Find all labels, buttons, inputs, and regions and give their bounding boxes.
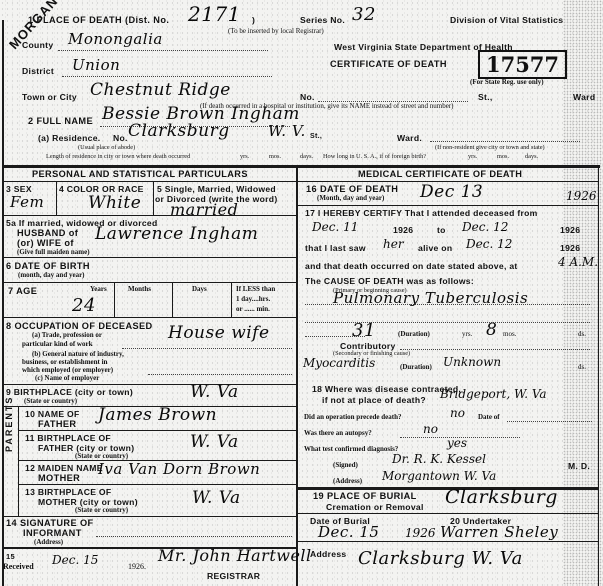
row-line-9 (18, 484, 296, 485)
duration-mos-label: mos. (503, 330, 516, 338)
mother-bp-label-1: 13 BIRTHPLACE OF (25, 487, 111, 497)
contributory-line (400, 349, 590, 350)
father-bp-value: W. Va (190, 432, 239, 452)
age-months-divider (172, 282, 173, 317)
series-number: 32 (352, 4, 376, 25)
med-row-line-4 (297, 541, 599, 542)
length-days: days. (300, 153, 313, 160)
contracted-value: Bridgeport, W. Va (440, 387, 547, 401)
md-label: M. D. (568, 461, 590, 471)
alive-on: alive on (418, 243, 452, 253)
certificate-number: 17577 (478, 50, 567, 79)
parents-divider (18, 406, 19, 516)
spouse-label-4: (Give full maiden name) (17, 248, 90, 256)
foreign-yrs: yrs. (468, 153, 477, 160)
mother-label-2: MOTHER (38, 473, 80, 483)
operation-label: Did an operation precede death? (304, 413, 401, 421)
district-value: Union (72, 56, 120, 74)
med-row-line-3 (297, 513, 599, 514)
attended-to-year: 1926 (560, 225, 580, 235)
length-residence-note: Length of residence in city or town wher… (46, 153, 190, 160)
sex-race-divider (56, 181, 57, 215)
last-saw-year: 1926 (560, 243, 580, 253)
father-label-2: FATHER (38, 419, 76, 429)
county-value: Monongalia (68, 30, 163, 48)
row-line-3 (2, 282, 296, 283)
test-label: What test confirmed diagnosis? (304, 445, 398, 453)
birthplace-sub: (State or country) (24, 397, 77, 405)
undertaker-value: Warren Sheley (440, 523, 558, 541)
county-label: County (22, 40, 53, 50)
residence-label: (a) Residence. (38, 133, 100, 143)
occ-b-2: business, or establishment in (22, 358, 107, 366)
duration-label-1: (Duration) (398, 330, 430, 338)
age-label: 7 AGE (8, 286, 37, 296)
burial-label-2: Cremation or Removal (326, 502, 424, 512)
date-of-line (507, 421, 592, 422)
abode-note: (Usual place of abode) (78, 144, 135, 151)
less-than-3: or ...... min. (236, 305, 270, 313)
mother-bp-sub: (State or country) (75, 506, 128, 514)
row-line-2 (2, 257, 296, 258)
town-value: Chestnut Ridge (90, 80, 231, 100)
address-label: (Address) (333, 477, 362, 485)
full-name-label: 2 FULL NAME (28, 116, 93, 126)
med-row-line-1 (297, 205, 599, 206)
father-value: James Brown (98, 405, 217, 425)
less-than-1: If LESS than (236, 285, 275, 293)
years-label: Years (90, 285, 107, 293)
primary-line-2 (305, 322, 590, 323)
street-st-label: St., (478, 92, 493, 102)
received-number: 15 (6, 552, 15, 561)
father-label-1: 10 NAME OF (25, 409, 80, 419)
spouse-value: Lawrence Ingham (95, 224, 258, 244)
undertaker-address-label: Address (310, 549, 347, 559)
personal-title-line (2, 181, 296, 182)
attended-to: Dec. 12 (462, 220, 508, 234)
age-days-divider (231, 282, 232, 317)
occ-b-line (148, 374, 292, 375)
informant-sub: (Address) (34, 538, 63, 546)
registrar-label: REGISTRAR (207, 571, 260, 581)
dist-note: (To be inserted by local Registrar) (228, 27, 324, 35)
occ-a-1: (a) Trade, profession or (32, 331, 102, 339)
death-time: 4 A.M. (558, 255, 598, 269)
foreign-birth-note: How long in U. S. A., if of foreign birt… (323, 153, 426, 160)
signed-label: (Signed) (333, 461, 358, 469)
birthplace-label: 9 BIRTHPLACE (city or town) (6, 387, 133, 397)
informant-label-2: INFORMANT (23, 528, 82, 538)
father-bp-label-1: 11 BIRTHPLACE OF (25, 433, 111, 443)
less-than-2: 1 day....hrs. (236, 295, 270, 303)
attended-from-year: 1926 (393, 225, 413, 235)
foreign-mos: mos. (497, 153, 509, 160)
residence-value: Clarksburg (128, 121, 230, 141)
header-divider (2, 165, 600, 168)
spouse-label-3: (or) WIFE of (17, 238, 74, 248)
length-mos: mos. (269, 153, 281, 160)
mother-value: Iva Van Dorn Brown (98, 460, 260, 478)
ward-label: Ward (573, 92, 595, 102)
duration-years: 31 (352, 320, 376, 341)
contributory-duration: Unknown (443, 355, 501, 369)
primary-cause: Pulmonary Tuberculosis (333, 289, 528, 307)
duration-yrs-label: yrs. (462, 330, 472, 338)
right-border (598, 165, 599, 586)
length-yrs: yrs. (240, 153, 249, 160)
dob-label: 6 DATE OF BIRTH (6, 261, 90, 271)
sex-value: Fem (10, 193, 44, 211)
dod-year: 1926 (566, 189, 597, 203)
residence-ward-label: Ward. (397, 133, 422, 143)
occ-c: (c) Name of employer (35, 374, 99, 382)
cause-text: The CAUSE OF DEATH was as follows: (305, 276, 474, 286)
left-border (2, 20, 4, 586)
occupation-label: 8 OCCUPATION OF DECEASED (6, 321, 153, 331)
town-label: Town or City (22, 92, 77, 102)
last-saw-pronoun: her (383, 237, 404, 251)
row-line-5 (2, 384, 296, 385)
last-saw-text: that I last saw (305, 243, 366, 253)
residence-st-label: St., (310, 133, 322, 140)
informant-line (96, 536, 292, 537)
attended-from: Dec. 11 (312, 220, 358, 234)
last-saw-date: Dec. 12 (466, 237, 512, 251)
medical-section-title: MEDICAL CERTIFICATE OF DEATH (358, 169, 522, 179)
father-bp-sub: (State or country) (75, 452, 128, 460)
row-line-4 (2, 317, 296, 318)
certificate-title: CERTIFICATE OF DEATH (330, 59, 447, 69)
contracted-label-2: if not at place of death? (322, 395, 426, 405)
burial-value: Clarksburg (445, 486, 558, 508)
registrar-signature: Mr. John Hartwell (158, 546, 312, 565)
received-year: 1926. (128, 562, 146, 571)
months-label: Months (128, 285, 151, 293)
residence-ward-line (430, 141, 580, 142)
county-line (58, 50, 268, 51)
informant-label-1: 14 SIGNATURE OF (6, 518, 94, 528)
personal-section-title: PERSONAL AND STATISTICAL PARTICULARS (32, 169, 248, 179)
dob-sub: (month, day and year) (18, 271, 85, 279)
duration-label-2: (Duration) (400, 363, 432, 371)
residence-no-label: No. (113, 133, 128, 143)
dod-value: Dec 13 (420, 182, 483, 202)
date-of-label: Date of (478, 413, 500, 421)
row-line-7 (18, 430, 296, 431)
operation-value: no (450, 406, 465, 420)
occ-b-3: which employed (or employer) (22, 366, 113, 374)
mother-label-1: 12 MAIDEN NAME (25, 463, 103, 473)
received-date: Dec. 15 (52, 553, 98, 567)
center-divider (296, 165, 298, 586)
contributory-cause: Myocarditis (303, 356, 375, 370)
birthplace-value: W. Va (190, 382, 239, 402)
contracted-label-1: 18 Where was disease contracted, (312, 384, 461, 394)
nonresident-note: (If non-resident give city or town and s… (435, 144, 545, 151)
marital-label-1: 5 Single, Married, Widowed (157, 184, 276, 194)
received-label: Received (3, 562, 34, 571)
address-value: Morgantown W. Va (382, 469, 496, 483)
scan-edge-noise (563, 0, 603, 586)
series-label: Series No. (300, 15, 345, 25)
race-marital-divider (153, 181, 154, 215)
division-title: Division of Vital Statistics (450, 15, 563, 25)
dist-paren: ) (252, 15, 255, 25)
test-value: yes (447, 436, 467, 450)
burial-date: Dec. 15 (318, 523, 379, 541)
age-years-value: 24 (72, 295, 96, 316)
row-line-10 (2, 516, 296, 517)
row-line-1 (2, 215, 296, 216)
days-label: Days (192, 285, 207, 293)
district-label: District (22, 66, 54, 76)
burial-year: 1926 (405, 526, 436, 540)
signed-value: Dr. R. K. Kessel (392, 452, 486, 466)
place-of-death-label: 1 PLACE OF DEATH (Dist. No. (28, 15, 169, 25)
district-line (62, 76, 272, 77)
marital-value: married (170, 200, 238, 219)
duration-months: 8 (486, 320, 497, 340)
race-value: White (88, 193, 141, 213)
age-years-divider (114, 282, 115, 317)
mother-bp-value: W. Va (192, 488, 241, 508)
state-use-note: (For State Reg. use only) (470, 78, 544, 86)
spouse-label-2: HUSBAND of (17, 228, 78, 238)
burial-label-1: 19 PLACE OF BURIAL (313, 491, 417, 501)
certify-text: 17 I HEREBY CERTIFY That I attended dece… (305, 208, 538, 218)
occurred-text: and that death occurred on date stated a… (305, 261, 518, 271)
undertaker-address: Clarksburg W. Va (358, 548, 523, 569)
occupation-value: House wife (168, 323, 270, 343)
to-label: to (437, 225, 446, 235)
occ-b-1: (b) General nature of industry, (32, 350, 124, 358)
occ-a-2: particular kind of work (22, 340, 92, 348)
occ-a-line (122, 348, 292, 349)
duration-ds-label: ds. (578, 330, 586, 338)
dod-label: 16 DATE OF DEATH (306, 184, 398, 194)
street-no-label: No. (300, 92, 315, 102)
residence-state: W. V. (268, 122, 306, 140)
parents-side-label: PARENTS (4, 396, 14, 452)
district-number: 2171 (188, 2, 241, 26)
dod-sub: (Month, day and year) (317, 194, 384, 202)
foreign-days: days. (525, 153, 538, 160)
contributory-ds-label: ds. (578, 363, 586, 371)
autopsy-label: Was there an autopsy? (304, 429, 372, 437)
autopsy-value: no (423, 422, 438, 436)
